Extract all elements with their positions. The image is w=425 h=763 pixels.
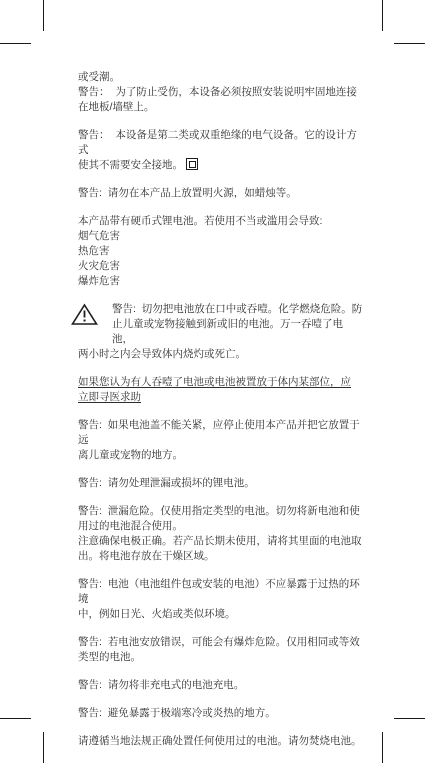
warning-triangle-icon [71, 303, 98, 326]
warning-paragraph-extreme-temperatures: 警告: 避免暴露于极端寒冷或炎热的地方。 [78, 706, 363, 721]
crop-mark-top-left-horizontal [0, 43, 31, 44]
class-ii-double-insulation-icon [186, 158, 198, 170]
warning-paragraph-non-rechargeable: 警告: 请勿将非充电式的电池充电。 [78, 678, 363, 693]
swallow-warning-line-3: 两小时之内会导致体内烧灼或死亡。 [78, 347, 363, 362]
swallow-warning-line-1: 警告: 切勿把电池放在口中或吞噎。化学燃烧危险。防 [78, 302, 363, 317]
warning-paragraph-battery-cover: 警告: 如果电池盖不能关紧，应停止使用本产品并把它放置于远 离儿童或宠物的地方。 [78, 418, 363, 463]
warning-paragraph-open-flames: 警告: 请勿在本产品上放置明火源，如蜡烛等。 [78, 186, 363, 201]
paragraph-coin-battery-hazards: 本产品带有硬币式锂电池。若使用不当或滥用会导致: 烟气危害 热危害 火灾危害 爆… [78, 214, 363, 289]
seek-medical-help-notice: 如果您认为有人吞噎了电池或电池被置放于体内某部位，应 立即寻医求助 [78, 375, 363, 405]
warnings-text-column: 或受潮。 警告： 为了防止受伤，本设备必须按照安装说明牢固地连接 在地板/墙壁上… [78, 70, 363, 762]
paragraph-battery-disposal: 请遵循当地法规正确处置任何使用过的电池。请勿焚烧电池。 [78, 734, 363, 749]
warning-paragraph-secure-mounting: 或受潮。 警告： 为了防止受伤，本设备必须按照安装说明牢固地连接 在地板/墙壁上… [78, 70, 363, 115]
crop-mark-top-left-vertical [43, 0, 44, 31]
document-page: 或受潮。 警告： 为了防止受伤，本设备必须按照安装说明牢固地连接 在地板/墙壁上… [0, 0, 425, 763]
crop-mark-bottom-left-horizontal [0, 718, 31, 719]
warning-paragraph-class-ii: 警告： 本设备是第二类或双重绝缘的电气设备。它的设计方式 使其不需要安全接地。 [78, 128, 363, 173]
warning-paragraph-swallow-battery: 警告: 切勿把电池放在口中或吞噎。化学燃烧危险。防 止儿童或宠物接触到新或旧的电… [78, 302, 363, 362]
warning-paragraph-leaking-battery: 警告: 请勿处理泄漏或损坏的锂电池。 [78, 476, 363, 491]
crop-mark-bottom-right-horizontal [394, 718, 425, 719]
warning-paragraph-leak-risk-battery-type: 警告: 泄漏危险。仅使用指定类型的电池。切勿将新电池和使 用过的电池混合使用。 … [78, 504, 363, 564]
warning-paragraph-explosion-risk: 警告: 若电池安放错误，可能会有爆炸危险。仅用相同或等效 类型的电池。 [78, 635, 363, 665]
crop-mark-bottom-right-vertical [382, 732, 383, 763]
crop-mark-top-right-vertical [382, 0, 383, 31]
swallow-warning-line-2: 止儿童或宠物接触到新或旧的电池。万一吞噎了电池， [78, 317, 363, 347]
warning-paragraph-class-ii-text: 警告： 本设备是第二类或双重绝缘的电气设备。它的设计方式 使其不需要安全接地。 [78, 129, 357, 171]
crop-mark-top-right-horizontal [394, 43, 425, 44]
warning-paragraph-excessive-heat: 警告: 电池（电池组件包或安装的电池）不应暴露于过热的环境 中，例如日光、火焰或… [78, 577, 363, 622]
crop-mark-bottom-left-vertical [43, 732, 44, 763]
